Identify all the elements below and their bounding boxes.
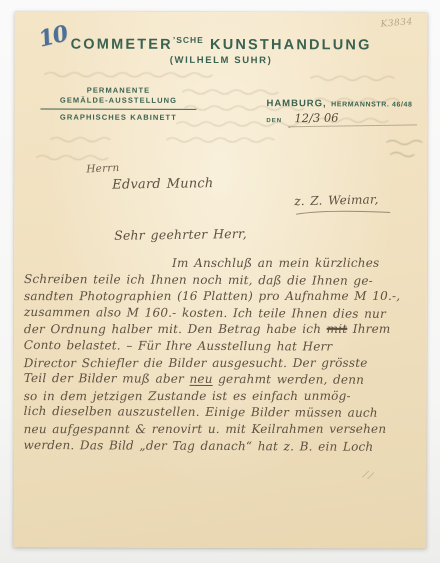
letterhead-date-row: DEN 12/3 06 bbox=[266, 110, 416, 126]
handwritten-date: 12/3 06 bbox=[288, 109, 416, 127]
body-segment: Ihrem bbox=[347, 322, 390, 336]
body-segment: gerahmt werden, denn bbox=[213, 372, 365, 387]
company-name-suffix: ’SCHE bbox=[173, 35, 204, 45]
pencil-corner-mark: // bbox=[362, 469, 376, 483]
body-line: neu aufgespannt & renovirt u. mit Keilra… bbox=[24, 421, 418, 438]
letterhead-proprietor: (WILHELM SUHR) bbox=[15, 54, 428, 66]
recipient-location: z. Z. Weimar, bbox=[294, 192, 379, 208]
left-block-line2: GEMÄLDE-AUSSTELLUNG bbox=[60, 96, 177, 105]
body-line: Director Schiefler die Bilder ausgesucht… bbox=[24, 354, 418, 371]
letterhead-address-block: HAMBURG, HERMANNSTR. 46/48 bbox=[266, 93, 412, 111]
body-line-with-strikethrough: der Ordnung halber mit. Den Betrag habe … bbox=[24, 321, 418, 338]
date-label: DEN bbox=[266, 118, 282, 126]
greeting-line: Sehr geehrter Herr, bbox=[114, 226, 247, 243]
body-line: zusammen also M 160.- kosten. Ich teile … bbox=[24, 304, 418, 323]
body-segment: der Ordnung halber mit. Den Betrag habe … bbox=[24, 322, 327, 336]
body-line: lich dieselben auszustellen. Einige Bild… bbox=[24, 403, 418, 422]
struck-word: mit bbox=[327, 322, 348, 336]
underlined-word: neu bbox=[189, 372, 212, 386]
letter-sheet: 10 K3834 // COMMETER’SCHE KUNSTHANDLUNG … bbox=[13, 11, 427, 548]
body-line: Conto belastet. – Für Ihre Ausstellung h… bbox=[24, 337, 418, 356]
letter-body: Im Anschluß an mein kürzliches Schreiben… bbox=[24, 254, 419, 454]
body-line: Im Anschluß an mein kürzliches bbox=[24, 255, 418, 272]
letterhead-company-name: COMMETER’SCHE KUNSTHANDLUNG bbox=[15, 34, 428, 53]
body-line: so in dem jetzigen Zustande ist es einfa… bbox=[24, 388, 418, 405]
company-name-main: COMMETER bbox=[71, 37, 173, 53]
left-block-line1: PERMANENTE bbox=[87, 86, 151, 95]
body-segment: Teil der Bilder muß aber bbox=[24, 371, 190, 386]
recipient-name: Edvard Munch bbox=[112, 176, 213, 192]
underline-flourish bbox=[294, 209, 394, 217]
body-line: werden. Das Bild „der Tag danach“ hat z.… bbox=[24, 437, 418, 456]
body-line: sandten Photographien (16 Platten) pro A… bbox=[24, 288, 418, 305]
letterhead-city: HAMBURG, bbox=[266, 98, 326, 109]
body-line-with-underline: Teil der Bilder muß aber neu gerahmt wer… bbox=[24, 370, 418, 389]
company-name-rest: KUNSTHANDLUNG bbox=[210, 37, 372, 53]
left-block-line3: GRAPHISCHES KABINETT bbox=[40, 110, 196, 123]
recipient-salutation-prefix: Herrn bbox=[86, 162, 120, 176]
body-line: Schreiben teile ich Ihnen noch mit, daß … bbox=[24, 271, 418, 290]
letterhead-left-block: PERMANENTE GEMÄLDE-AUSSTELLUNG GRAPHISCH… bbox=[40, 86, 196, 123]
letterhead-street: HERMANNSTR. 46/48 bbox=[331, 101, 412, 108]
catalog-number-annotation: K3834 bbox=[380, 17, 413, 30]
